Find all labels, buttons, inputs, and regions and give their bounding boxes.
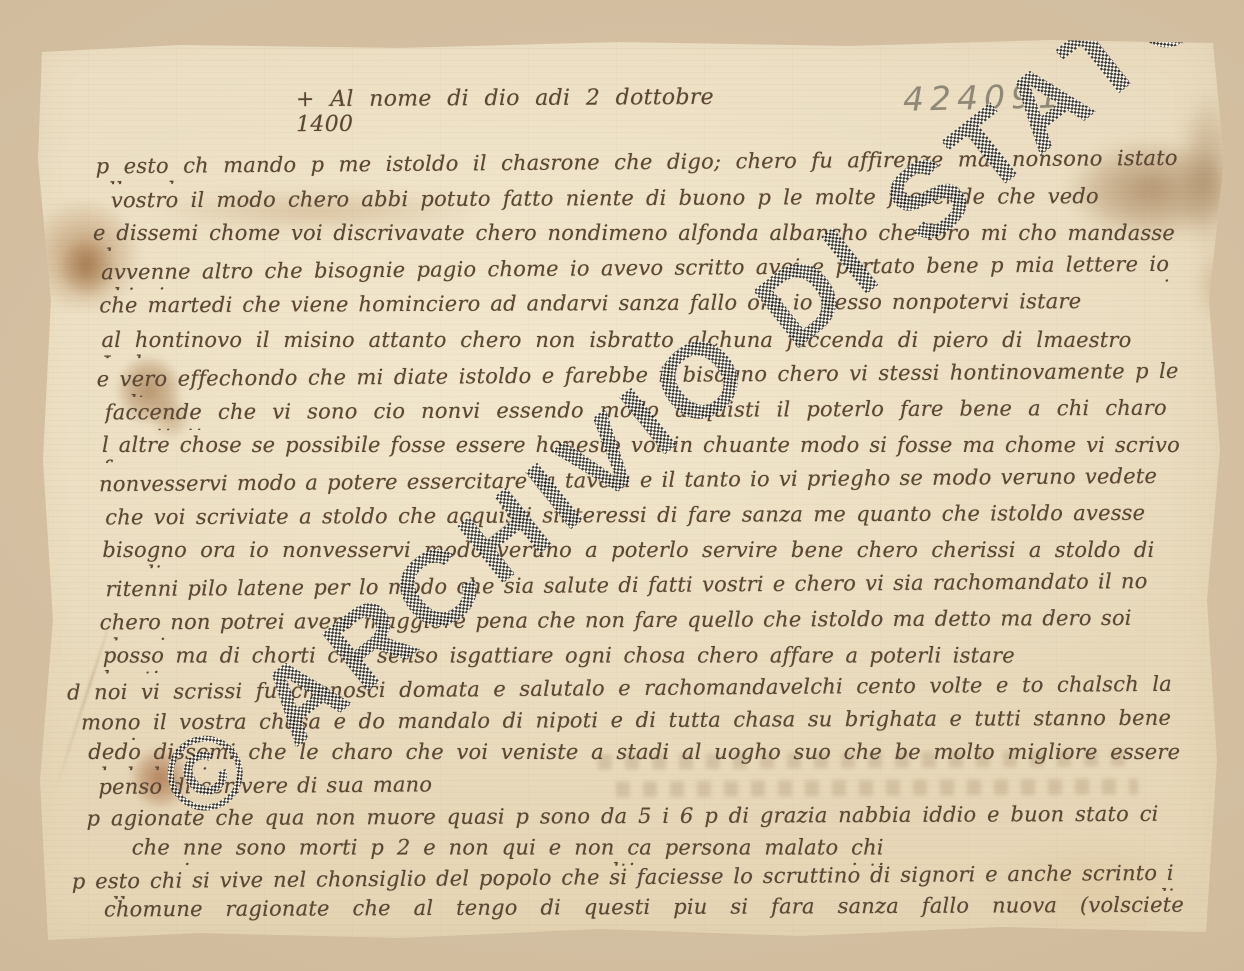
manuscript-line: avvenne altro che bisognie pagio chome i… [101,252,1169,290]
manuscript-line: chomune ragionate che al tengo di questi… [104,893,1184,928]
letter-body: p esto ch mando p me istoldo il chasrone… [92,0,1202,2]
manuscript-line: p agionate che qua non muore quasi p son… [87,802,1159,837]
manuscript-line: d noi vi scrissi fu chonosci domata e sa… [67,672,1172,711]
manuscript-line: vostro il modo chero abbi potuto fatto n… [111,184,1099,218]
show-through-verso-line [616,779,1138,798]
manuscript-line: e vero effechondo che mi diate istoldo e… [97,359,1179,397]
manuscript-line: nonvesservi modo a potere essercitare la… [99,464,1157,502]
manuscript-line: mono il vostra chasa e do mandalo di nip… [81,706,1171,741]
stain-right-edge [1194,248,1240,322]
manuscript-line: che voi scriviate a stoldo che acquisti … [105,501,1145,536]
scan-background: + Al nome di dio adi 2 dottobre 1400 424… [0,0,1244,971]
manuscript-line: bisogno ora io nonvesservi modo veruno a… [102,538,1154,568]
manuscript-line: l altre chose se possibile fosse essere … [102,433,1180,463]
manuscript-line: che nne sono morti p 2 e non qui e non c… [132,836,884,866]
manuscript-line: faccende che vi sono cio nonvi essendo m… [105,396,1167,431]
manuscript-line: p esto ch mando p me istoldo il chasrone… [96,146,1178,184]
manuscript-line: ritenni pilo latene per lo modo che sia … [105,569,1147,607]
archive-number-pencil: 424091 [903,76,1066,118]
manuscript-line: chero non potrei avere maggiore pena che… [100,606,1132,641]
manuscript-line: e dissemi chome voi discrivavate chero n… [93,221,1175,251]
manuscript-line: posso ma di chorti che senso isgattiare … [103,643,1015,673]
manuscript-line: penso di scrivere di sua mano [98,772,432,805]
stain-top-right-edge [1178,92,1236,252]
letter-date-header: + Al nome di dio adi 2 dottobre 1400 [296,85,714,137]
manuscript-line: che martedi che viene hominciero ad anda… [99,289,1081,323]
manuscript-line: al hontinovo il misino attanto chero non… [101,328,1131,358]
manuscript-line: dedo dissemi che le charo che voi venist… [88,740,1180,770]
letter-paper: + Al nome di dio adi 2 dottobre 1400 424… [0,0,1244,971]
